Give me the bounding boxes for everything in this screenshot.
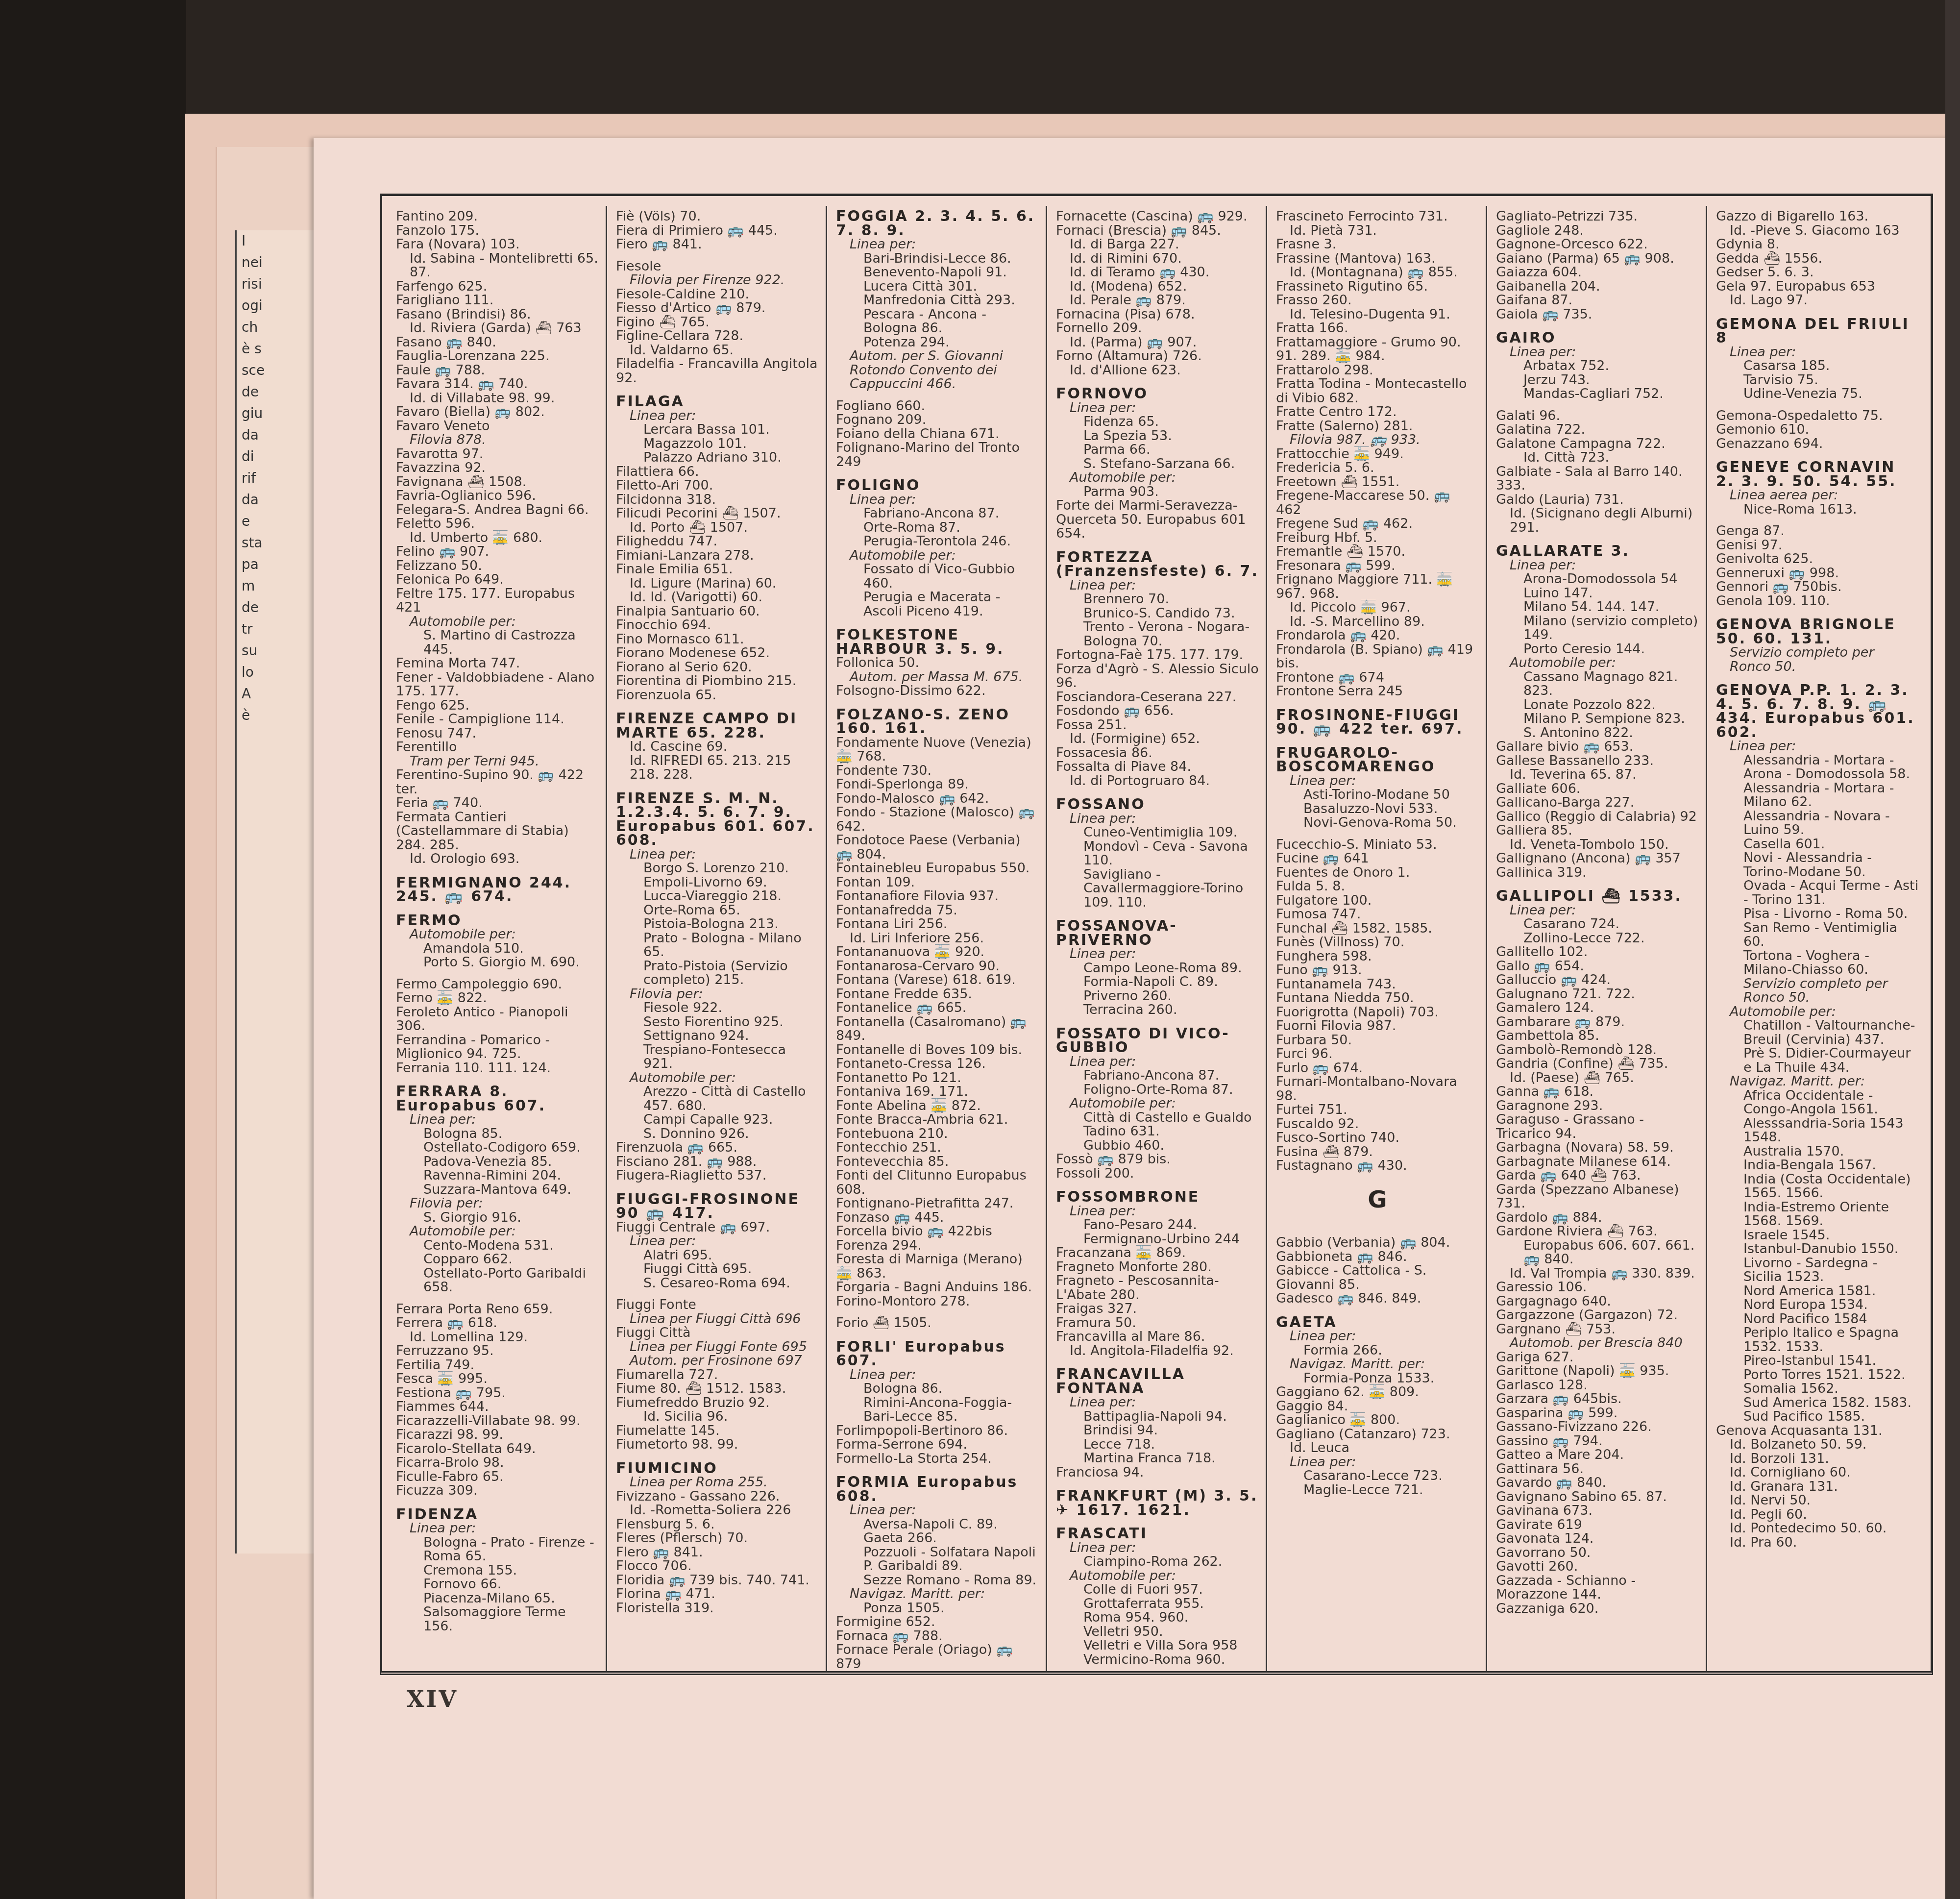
station-entry: Gargnano ⛴ 753. — [1496, 1323, 1699, 1337]
station-entry: Ganna 🚌 618. — [1496, 1085, 1699, 1099]
station-entry: Gaifana 87. — [1496, 294, 1699, 308]
station-entry: Bari-Brindisi-Lecce 86. — [836, 252, 1039, 266]
station-entry: Novi-Genova-Roma 50. — [1276, 816, 1479, 830]
service-label: Linea aerea per: — [1716, 489, 1919, 503]
station-entry: Fiesole — [616, 260, 819, 274]
station-entry: Prato - Bologna - Milano 65. — [616, 932, 819, 960]
station-entry: Perugia e Macerata - Ascoli Piceno 419. — [836, 591, 1039, 618]
service-label: Linea per: — [1056, 1396, 1259, 1410]
station-heading: FERRARA 8. Europabus 607. — [396, 1085, 599, 1113]
station-entry: Id. RIFREDI 65. 213. 215 218. 228. — [616, 754, 819, 782]
station-entry: Genazzano 694. — [1716, 437, 1919, 451]
station-entry: Gagnone-Orcesco 622. — [1496, 238, 1699, 252]
station-entry: Id. Id. (Varigotti) 60. — [616, 591, 819, 605]
station-heading: FROSINONE-FIUGGI 90. 🚌 422 ter. 697. — [1276, 709, 1479, 737]
station-entry: Padova-Venezia 85. — [396, 1155, 599, 1169]
station-entry: Formia-Ponza 1533. — [1276, 1372, 1479, 1386]
station-heading: GENOVA P.P. 1. 2. 3. 4. 5. 6. 7. 8. 9. 🚌… — [1716, 684, 1919, 740]
station-entry: Fabriano-Ancona 87. — [1056, 1069, 1259, 1083]
station-entry: Funghera 598. — [1276, 950, 1479, 964]
station-entry: Felonica Po 649. — [396, 573, 599, 587]
station-entry: Forenza 294. — [836, 1239, 1039, 1253]
station-entry: Arezzo - Città di Castello 457. 680. — [616, 1085, 819, 1113]
station-entry: Galatina 722. — [1496, 423, 1699, 437]
station-heading: GALLIPOLI ⛴ 1533. — [1496, 889, 1699, 904]
station-entry: Flensburg 5. 6. — [616, 1518, 819, 1532]
station-entry: Frassineto Rigutino 65. — [1276, 280, 1479, 294]
station-entry: Galbiate - Sala al Barro 140. 333. — [1496, 465, 1699, 493]
station-entry: Fiorenzuola 65. — [616, 689, 819, 703]
station-entry: Gdynia 8. — [1716, 238, 1919, 252]
station-entry: Fontanelle di Boves 109 bis. — [836, 1043, 1039, 1058]
service-label: Linea per: — [1056, 1541, 1259, 1555]
index-column-6: Gagliato-Petrizzi 735.Gagliole 248.Gagno… — [1487, 206, 1707, 1671]
station-entry: Filadelfia - Francavilla Angitola 92. — [616, 357, 819, 385]
book-edge — [1945, 0, 1960, 1899]
station-entry: Filcidonna 318. — [616, 493, 819, 507]
station-entry: Casarsa 185. — [1716, 359, 1919, 373]
station-entry: Chatillon - Valtournanche-Breuil (Cervin… — [1716, 1019, 1919, 1047]
back-page-text: e — [237, 511, 315, 532]
station-entry: Garaguso - Grassano - Tricarico 94. — [1496, 1113, 1699, 1141]
station-entry: Fesca 🚋 995. — [396, 1372, 599, 1386]
station-entry: Fracanzana 🚋 869. — [1056, 1246, 1259, 1260]
station-heading: FOSSATO DI VICO-GUBBIO — [1056, 1027, 1259, 1055]
station-entry: Femina Morta 747. — [396, 657, 599, 671]
service-label: Linea per: — [1056, 1055, 1259, 1069]
station-entry: Finale Emilia 651. — [616, 563, 819, 577]
station-entry: Favaro (Biella) 🚌 802. — [396, 405, 599, 419]
station-entry: Favria-Oglianico 596. — [396, 489, 599, 503]
station-entry: Genga 87. — [1716, 524, 1919, 539]
station-entry: Lecce 718. — [1056, 1438, 1259, 1452]
station-entry: Frontone Serra 245 — [1276, 685, 1479, 699]
service-label: Linea per: — [616, 1234, 819, 1249]
station-entry: Fiumefreddo Bruzio 92. — [616, 1396, 819, 1410]
station-entry: Gabbioneta 🚌 846. — [1276, 1250, 1479, 1264]
station-entry: Sud Pacifico 1585. — [1716, 1410, 1919, 1424]
station-entry: Filigheddu 747. — [616, 535, 819, 549]
station-entry: Forza d'Agrò - S. Alessio Siculo 96. — [1056, 663, 1259, 691]
station-heading: FRANKFURT (M) 3. 5. ✈ 1617. 1621. — [1056, 1489, 1259, 1517]
station-entry: Galluccio 🚌 424. — [1496, 973, 1699, 987]
station-entry: Fulda 5. 8. — [1276, 880, 1479, 894]
station-entry: Ostellato-Porto Garibaldi 658. — [396, 1267, 599, 1295]
station-entry: Cremona 155. — [396, 1564, 599, 1578]
station-entry: Frascineto Ferrocinto 731. — [1276, 210, 1479, 224]
station-entry: Festiona 🚌 795. — [396, 1386, 599, 1401]
station-entry: Id. Cornigliano 60. — [1716, 1466, 1919, 1480]
station-entry: Zollino-Lecce 722. — [1496, 932, 1699, 946]
station-entry: Gallo 🚌 654. — [1496, 960, 1699, 974]
station-entry: Feltre 175. 177. Europabus 421 — [396, 587, 599, 615]
service-label: Linea per: — [396, 1113, 599, 1127]
station-entry: Fumosa 747. — [1276, 908, 1479, 922]
station-entry: Finalpia Santuario 60. — [616, 605, 819, 619]
station-heading: FERMIGNANO 244. 245. 🚌 674. — [396, 876, 599, 904]
station-entry: Fenosu 747. — [396, 727, 599, 741]
back-page-text: da — [237, 424, 315, 446]
station-entry: Ostellato-Codigoro 659. — [396, 1141, 599, 1155]
station-entry: Pisa - Livorno - Roma 50. — [1716, 907, 1919, 921]
station-entry: Luino 147. — [1496, 587, 1699, 601]
station-entry: Fontananuova 🚋 920. — [836, 945, 1039, 960]
station-entry: Fontecchio 251. — [836, 1141, 1039, 1155]
station-entry: Framura 50. — [1056, 1316, 1259, 1331]
station-entry: Fauglia-Lorenzana 225. — [396, 349, 599, 364]
station-entry: Fara (Novara) 103. — [396, 238, 599, 252]
service-label: Linea per: — [836, 493, 1039, 507]
station-heading: FILAGA — [616, 395, 819, 409]
station-entry: Forgaria - Bagni Anduins 186. — [836, 1281, 1039, 1295]
station-entry: Id. (Formigine) 652. — [1056, 732, 1259, 746]
station-entry: Ferrera 🚌 618. — [396, 1316, 599, 1331]
back-page-text: lo — [237, 662, 315, 683]
service-label: Linea per: — [1496, 559, 1699, 573]
station-entry: Gargagnago 640. — [1496, 1295, 1699, 1309]
station-entry: Furnari-Montalbano-Novara 98. — [1276, 1075, 1479, 1103]
station-entry: Perugia-Terontola 246. — [836, 535, 1039, 549]
station-entry: Fontana Liri 256. — [836, 917, 1039, 932]
station-entry: Formigine 652. — [836, 1615, 1039, 1629]
station-entry: Ovada - Acqui Terme - Asti - Torino 131. — [1716, 879, 1919, 907]
station-entry: Favara 314. 🚌 740. — [396, 377, 599, 392]
station-entry: Ferno 🚋 822. — [396, 991, 599, 1006]
service-label: Automobile per: — [1716, 1005, 1919, 1019]
station-entry: Gallignano (Ancona) 🚌 357 — [1496, 852, 1699, 866]
station-entry: Fregene-Maccarese 50. 🚌 462 — [1276, 489, 1479, 517]
service-label: Automob. per Brescia 840 — [1496, 1336, 1699, 1351]
station-entry: Galdo (Lauria) 731. — [1496, 493, 1699, 507]
station-entry: Id. Pietà 731. — [1276, 224, 1479, 238]
station-entry: Orte-Roma 87. — [836, 521, 1039, 535]
station-heading: FORTEZZA (Franzensfeste) 6. 7. — [1056, 551, 1259, 579]
station-entry: Potenza 294. — [836, 336, 1039, 350]
station-entry: Borgo S. Lorenzo 210. — [616, 862, 819, 876]
station-entry: Gaiazza 604. — [1496, 266, 1699, 280]
station-entry: Finocchio 694. — [616, 618, 819, 633]
service-label: Automobile per: — [396, 1225, 599, 1239]
station-entry: Basaluzzo-Novi 533. — [1276, 802, 1479, 816]
station-heading: FOLZANO-S. ZENO 160. 161. — [836, 708, 1039, 736]
station-entry: Fornaci (Brescia) 🚌 845. — [1056, 224, 1259, 238]
station-entry: Piacenza-Milano 65. — [396, 1592, 599, 1606]
station-entry: Battipaglia-Napoli 94. — [1056, 1410, 1259, 1424]
station-entry: Gambettola 85. — [1496, 1029, 1699, 1043]
station-entry: Fontanelice 🚌 665. — [836, 1001, 1039, 1015]
station-entry: Funchal ⛴ 1582. 1585. — [1276, 922, 1479, 936]
service-label: Filovia per: — [396, 1197, 599, 1211]
station-entry: La Spezia 53. — [1056, 429, 1259, 444]
station-entry: Galatone Campagna 722. — [1496, 437, 1699, 451]
station-entry: Id. Telesino-Dugenta 91. — [1276, 308, 1479, 322]
station-entry: Settignano 924. — [616, 1029, 819, 1043]
station-entry: Campi Capalle 923. — [616, 1113, 819, 1127]
station-entry: Galliera 85. — [1496, 824, 1699, 838]
station-entry: Favignana ⛴ 1508. — [396, 475, 599, 490]
station-entry: Id. -Rometta-Soliera 226 — [616, 1504, 819, 1518]
station-entry: Felino 🚌 907. — [396, 545, 599, 559]
back-page-text: de — [237, 597, 315, 618]
station-entry: Mondovì - Ceva - Savona 110. — [1056, 840, 1259, 868]
station-entry: Fontanella (Casalromano) 🚌 849. — [836, 1015, 1039, 1043]
station-entry: Feroleto Antico - Pianopoli 306. — [396, 1006, 599, 1034]
station-entry: Fenile - Campiglione 114. — [396, 713, 599, 727]
station-entry: Genneruxi 🚌 998. — [1716, 567, 1919, 581]
station-entry: Sesto Fiorentino 925. — [616, 1015, 819, 1030]
station-heading: FORLI' Europabus 607. — [836, 1340, 1039, 1368]
station-entry: Fredericia 5. 6. — [1276, 461, 1479, 475]
station-entry: Fontanafiore Filovia 937. — [836, 889, 1039, 904]
station-entry: Casarano 724. — [1496, 917, 1699, 932]
station-entry: Gemona-Ospedaletto 75. — [1716, 409, 1919, 423]
station-entry: Casarano-Lecce 723. — [1276, 1469, 1479, 1483]
station-entry: Forte dei Marmi-Seravezza-Querceta 50. E… — [1056, 499, 1259, 541]
back-page-text: da — [237, 489, 315, 511]
station-entry: Id. (Parma) 🚌 907. — [1056, 336, 1259, 350]
station-entry: Fontaniva 169. 171. — [836, 1085, 1039, 1099]
back-page-text: I — [237, 230, 315, 252]
station-entry: Gaeta 266. — [836, 1531, 1039, 1546]
station-entry: Id. (Paese) ⛴ 765. — [1496, 1071, 1699, 1085]
station-heading: FERMO — [396, 914, 599, 928]
station-entry: Milano 54. 144. 147. — [1496, 600, 1699, 615]
station-entry: Fucine 🚌 641 — [1276, 852, 1479, 866]
service-label: Linea per: — [616, 409, 819, 423]
station-entry: Periplo Italico e Spagna 1532. 1533. — [1716, 1326, 1919, 1354]
station-entry: Prato-Pistoia (Servizio completo) 215. — [616, 960, 819, 987]
station-entry: Fontebuona 210. — [836, 1127, 1039, 1141]
station-heading: GEMONA DEL FRIULI 8 — [1716, 318, 1919, 345]
station-entry: Fratta 166. — [1276, 321, 1479, 336]
station-entry: Maglie-Lecce 721. — [1276, 1483, 1479, 1498]
station-entry: Martina Franca 718. — [1056, 1452, 1259, 1466]
station-entry: Fossacesia 86. — [1056, 746, 1259, 761]
station-entry: Fusco-Sortino 740. — [1276, 1131, 1479, 1145]
station-entry: Fucecchio-S. Miniato 53. — [1276, 838, 1479, 852]
station-entry: Fermata Cantieri (Castellammare di Stabi… — [396, 811, 599, 853]
station-entry: Id. d'Allione 623. — [1056, 364, 1259, 378]
station-entry: Parma 66. — [1056, 443, 1259, 457]
station-entry: Mandas-Cagliari 752. — [1496, 387, 1699, 401]
station-entry: Fiero 🚌 841. — [616, 238, 819, 252]
station-entry: Fuorni Filovia 987. — [1276, 1019, 1479, 1034]
station-entry: S. Giorgio 916. — [396, 1211, 599, 1225]
station-entry: Fragneto - Pescosannita-L'Abate 280. — [1056, 1274, 1259, 1302]
station-entry: Id. Città 723. — [1496, 451, 1699, 465]
station-entry: Cento-Modena 531. — [396, 1239, 599, 1253]
station-entry: Favazzina 92. — [396, 461, 599, 475]
station-heading: FIUMICINO — [616, 1462, 819, 1476]
service-label: Navigaz. Maritt. per: — [1276, 1357, 1479, 1372]
station-entry: Gambarare 🚌 879. — [1496, 1015, 1699, 1030]
station-entry: Fontaneto-Cressa 126. — [836, 1057, 1039, 1071]
station-entry: Ficulle-Fabro 65. — [396, 1470, 599, 1484]
station-entry: Fisciano 281. 🚌 988. — [616, 1155, 819, 1169]
station-entry: Milano P. Sempione 823. — [1496, 712, 1699, 726]
station-entry: Id. Pontedecimo 50. 60. — [1716, 1522, 1919, 1536]
index-column-1: Fantino 209.Fanzolo 175.Fara (Novara) 10… — [387, 206, 607, 1671]
station-entry: Gedser 5. 6. 3. — [1716, 266, 1919, 280]
station-entry: Garagnone 293. — [1496, 1099, 1699, 1113]
station-heading: FORNOVO — [1056, 387, 1259, 401]
station-entry: Lonate Pozzolo 822. — [1496, 698, 1699, 713]
station-entry: Gasparina 🚌 599. — [1496, 1406, 1699, 1421]
station-entry: S. Martino di Castrozza 445. — [396, 629, 599, 657]
station-entry: Lucera Città 301. — [836, 280, 1039, 294]
station-entry: Fiorano al Serio 620. — [616, 661, 819, 675]
service-label: Servizio completo per Ronco 50. — [1716, 977, 1919, 1005]
station-entry: Alatri 695. — [616, 1249, 819, 1263]
station-entry: Gavirate 619 — [1496, 1518, 1699, 1532]
station-entry: Casella 601. — [1716, 838, 1919, 852]
back-page-fragment: Ineirisiogichè sscedegiudadirifdaestapam… — [235, 230, 315, 1554]
station-entry: Orte-Roma 65. — [616, 904, 819, 918]
station-entry: Fonte Abelina 🚋 872. — [836, 1099, 1039, 1113]
service-label: Automobile per: — [1056, 471, 1259, 485]
station-heading: GENEVE CORNAVIN 2. 3. 9. 50. 54. 55. — [1716, 461, 1919, 489]
index-column-2: Fiè (Völs) 70.Fiera di Primiero 🚌 445.Fi… — [607, 206, 827, 1671]
station-entry: Cassano Magnago 821. 823. — [1496, 670, 1699, 698]
station-entry: Ficarazzelli-Villabate 98. 99. — [396, 1414, 599, 1429]
station-entry: Salsomaggiore Terme 156. — [396, 1605, 599, 1633]
station-entry: Gabbio (Verbania) 🚌 804. — [1276, 1236, 1479, 1250]
service-label: Navigaz. Maritt. per: — [836, 1587, 1039, 1602]
station-entry: Asti-Torino-Modane 50 — [1276, 788, 1479, 802]
service-label: Automobile per: — [616, 1071, 819, 1085]
station-entry: Fornacina (Pisa) 678. — [1056, 308, 1259, 322]
station-entry: Gavorrano 50. — [1496, 1546, 1699, 1560]
station-entry: Folignano-Marino del Tronto 249 — [836, 441, 1039, 469]
station-entry: Alesssandria-Soria 1543 1548. — [1716, 1117, 1919, 1145]
station-entry: Fontane Fredde 635. — [836, 987, 1039, 1002]
station-entry: Frattocchie 🚋 949. — [1276, 447, 1479, 462]
station-entry: Cuneo-Ventimiglia 109. — [1056, 826, 1259, 840]
station-entry: Garda (Spezzano Albanese) 731. — [1496, 1183, 1699, 1211]
station-entry: Fulgatore 100. — [1276, 894, 1479, 908]
index-columns: Fantino 209.Fanzolo 175.Fara (Novara) 10… — [387, 206, 1926, 1671]
station-entry: Id. (Modena) 652. — [1056, 280, 1259, 294]
station-entry: Vermicino-Roma 960. — [1056, 1653, 1259, 1667]
station-entry: Fiesso d'Artico 🚌 879. — [616, 301, 819, 316]
station-entry: Frontone 🚌 674 — [1276, 671, 1479, 685]
station-entry: Empoli-Livorno 69. — [616, 876, 819, 890]
station-entry: Fiammes 644. — [396, 1400, 599, 1414]
station-entry: Rimini-Ancona-Foggia-Bari-Lecce 85. — [836, 1396, 1039, 1424]
station-entry: Amandola 510. — [396, 942, 599, 956]
station-entry: Jerzu 743. — [1496, 373, 1699, 388]
station-entry: Frondarola (B. Spiano) 🚌 419 bis. — [1276, 643, 1479, 671]
station-entry: Freiburg Hbf. 5. — [1276, 531, 1479, 545]
station-entry: Pistoia-Bologna 213. — [616, 917, 819, 932]
station-entry: Id. Pegli 60. — [1716, 1508, 1919, 1522]
station-entry: Fengo 625. — [396, 699, 599, 713]
station-entry: Livorno - Sardegna - Sicilia 1523. — [1716, 1257, 1919, 1284]
station-entry: Lercara Bassa 101. — [616, 423, 819, 437]
station-entry: Id. Lago 97. — [1716, 294, 1919, 308]
station-entry: Furtei 751. — [1276, 1103, 1479, 1117]
station-entry: Trento - Verona - Nogara-Bologna 70. — [1056, 620, 1259, 648]
station-entry: Fossoli 200. — [1056, 1167, 1259, 1181]
station-entry: Id. di Rimini 670. — [1056, 252, 1259, 266]
station-entry: Grottaferrata 955. — [1056, 1597, 1259, 1611]
station-entry: Fontainebleu Europabus 550. — [836, 862, 1039, 876]
station-entry: Gagliano (Catanzaro) 723. — [1276, 1428, 1479, 1442]
index-column-4: Fornacette (Cascina) 🚌 929.Fornaci (Bres… — [1047, 206, 1267, 1671]
station-entry: Gazzo di Bigarello 163. — [1716, 210, 1919, 224]
service-label: Linea per Fiuggi Città 696 — [616, 1312, 819, 1327]
station-entry: Francavilla al Mare 86. — [1056, 1330, 1259, 1344]
station-entry: Furci 96. — [1276, 1047, 1479, 1061]
station-entry: Pozzuoli - Solfatara Napoli P. Garibaldi… — [836, 1546, 1039, 1574]
station-heading: FOSSOMBRONE — [1056, 1190, 1259, 1205]
service-label: Automobile per: — [1496, 656, 1699, 670]
station-entry: Id. Sicilia 96. — [616, 1410, 819, 1424]
station-entry: Fiera di Primiero 🚌 445. — [616, 224, 819, 238]
service-label: Filovia 878. — [396, 433, 599, 447]
station-entry: Gaibanella 204. — [1496, 280, 1699, 294]
station-entry: Nord Europa 1534. — [1716, 1298, 1919, 1312]
station-heading: FOLIGNO — [836, 479, 1039, 493]
station-heading: FORMIA Europabus 608. — [836, 1476, 1039, 1504]
station-entry: Gargazzone (Gargazon) 72. — [1496, 1308, 1699, 1323]
station-entry: Tortona - Voghera - Milano-Chiasso 60. — [1716, 949, 1919, 977]
station-entry: Fondamente Nuove (Venezia) 🚋 768. — [836, 736, 1039, 764]
station-entry: Garlasco 128. — [1496, 1379, 1699, 1393]
service-label: Linea per: — [1056, 401, 1259, 416]
station-heading: GAETA — [1276, 1316, 1479, 1330]
station-entry: Id. Teverina 65. 87. — [1496, 768, 1699, 782]
station-entry: Gaiano (Parma) 65 🚌 908. — [1496, 252, 1699, 266]
station-entry: Gardone Riviera ⛴ 763. — [1496, 1225, 1699, 1239]
service-label: Linea per: — [836, 1368, 1039, 1382]
station-entry: Ferrara Porta Reno 659. — [396, 1303, 599, 1317]
station-entry: Formia-Napoli C. 89. — [1056, 975, 1259, 989]
station-entry: Farigliano 111. — [396, 294, 599, 308]
station-entry: Fanzolo 175. — [396, 224, 599, 238]
back-page-text: ogi — [237, 295, 315, 317]
station-entry: Id. Lomellina 129. — [396, 1331, 599, 1345]
station-entry: Fantino 209. — [396, 210, 599, 224]
station-entry: Fuscaldo 92. — [1276, 1117, 1479, 1132]
station-entry: S. Stefano-Sarzana 66. — [1056, 457, 1259, 471]
station-entry: Fontignano-Pietrafitta 247. — [836, 1197, 1039, 1211]
back-page-text: sce — [237, 360, 315, 381]
station-entry: Fiuggi Città 695. — [616, 1262, 819, 1277]
station-heading: FIRENZE S. M. N. 1.2.3.4. 5. 6. 7. 9. Eu… — [616, 792, 819, 848]
station-entry: Fiorentina di Piombino 215. — [616, 674, 819, 689]
station-entry: Favaro Veneto — [396, 419, 599, 434]
station-entry: Ficarazzi 98. 99. — [396, 1428, 599, 1442]
station-entry: Felizzano 50. — [396, 559, 599, 573]
station-entry: Id. Pra 60. — [1716, 1536, 1919, 1550]
station-entry: Ferrania 110. 111. 124. — [396, 1061, 599, 1076]
station-entry: S. Antonino 822. — [1496, 726, 1699, 740]
station-entry: Gela 97. Europabus 653 — [1716, 280, 1919, 294]
service-label: Navigaz. Maritt. per: — [1716, 1075, 1919, 1089]
service-label: Autom. per S. Giovanni Rotondo Convento … — [836, 349, 1039, 392]
station-entry: Gambolò-Remondò 128. — [1496, 1043, 1699, 1058]
station-entry: Fustagnano 🚌 430. — [1276, 1159, 1479, 1173]
station-entry: Farfengo 625. — [396, 280, 599, 294]
station-entry: Fosciandora-Ceserana 227. — [1056, 691, 1259, 705]
station-entry: Fertilia 749. — [396, 1358, 599, 1373]
station-entry: Id. Perale 🚌 879. — [1056, 294, 1259, 308]
station-entry: Favarotta 97. — [396, 447, 599, 462]
station-entry: Alessandria - Mortara - Milano 62. — [1716, 782, 1919, 810]
station-entry: Funo 🚌 913. — [1276, 963, 1479, 978]
station-entry: Fontan 109. — [836, 876, 1039, 890]
